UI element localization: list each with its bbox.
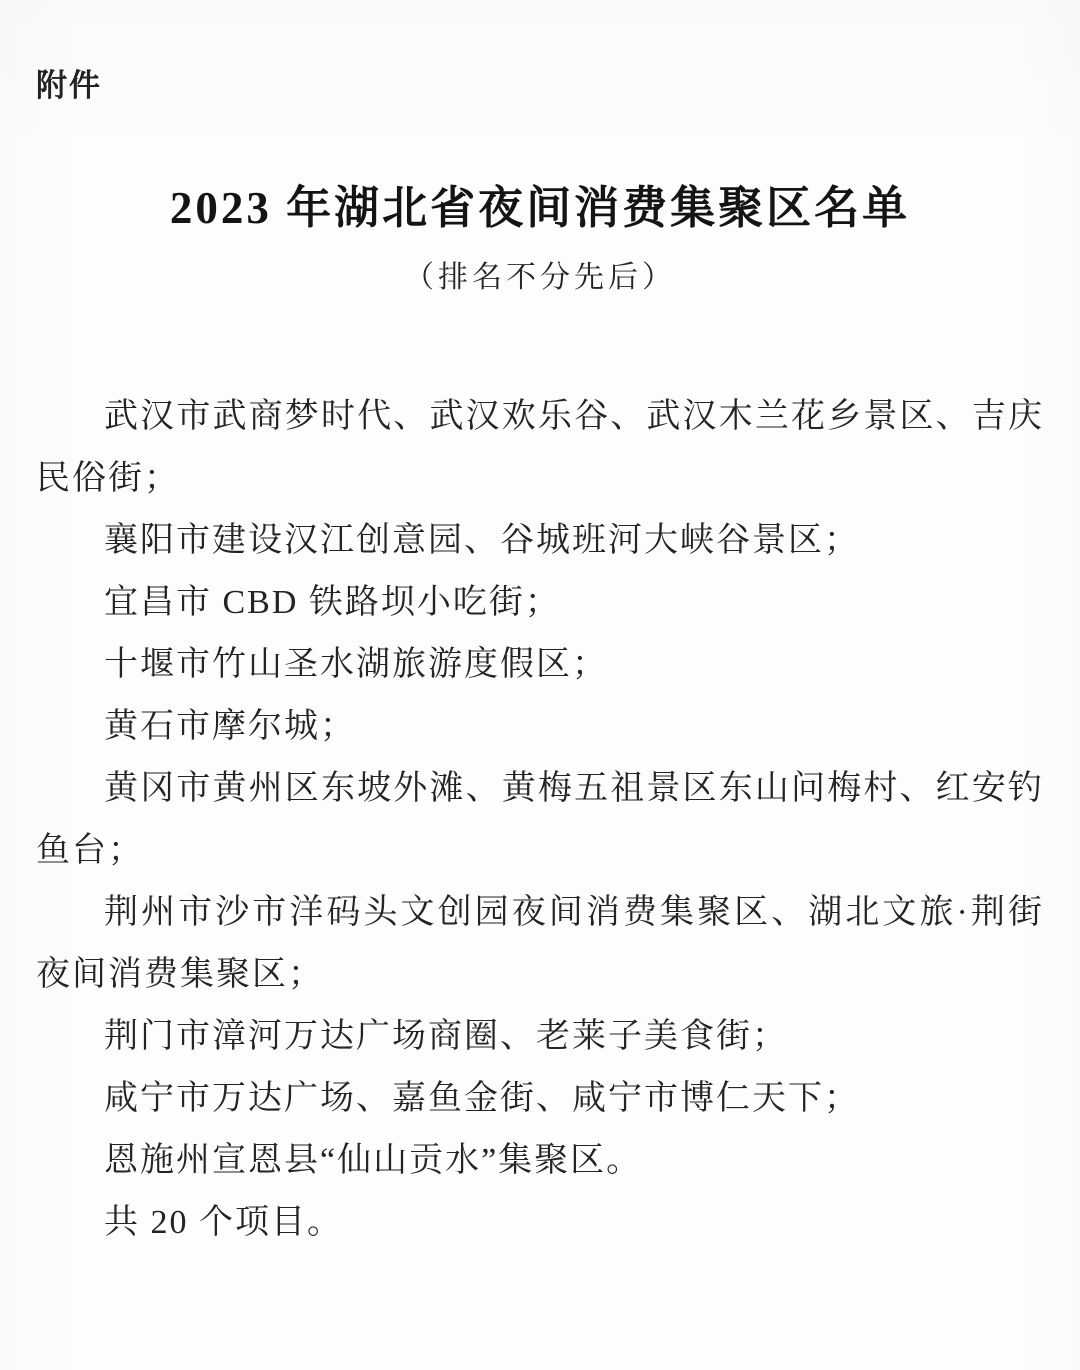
attachment-label: 附件 [36,0,1080,105]
body-paragraph: 共 20 个项目。 [36,1192,1044,1254]
body-paragraph: 襄阳市建设汉江创意园、谷城班河大峡谷景区； [36,510,1044,572]
body-paragraph: 荆门市漳河万达广场商圈、老莱子美食街； [36,1006,1044,1068]
body-paragraph: 荆州市沙市洋码头文创园夜间消费集聚区、湖北文旅·荆街夜间消费集聚区； [36,882,1044,1006]
body-paragraph: 黄冈市黄州区东坡外滩、黄梅五祖景区东山问梅村、红安钓鱼台； [36,758,1044,882]
body-paragraph: 咸宁市万达广场、嘉鱼金街、咸宁市博仁天下； [36,1068,1044,1130]
body-paragraph: 宜昌市 CBD 铁路坝小吃街； [36,572,1044,634]
document-page: 附件 2023 年湖北省夜间消费集聚区名单 （排名不分先后） 武汉市武商梦时代、… [0,0,1080,1370]
document-subtitle: （排名不分先后） [0,252,1080,296]
document-body: 武汉市武商梦时代、武汉欢乐谷、武汉木兰花乡景区、吉庆民俗街； 襄阳市建设汉江创意… [0,386,1080,1254]
body-paragraph: 武汉市武商梦时代、武汉欢乐谷、武汉木兰花乡景区、吉庆民俗街； [36,386,1044,510]
document-title: 2023 年湖北省夜间消费集聚区名单 [0,171,1080,236]
body-paragraph: 十堰市竹山圣水湖旅游度假区； [36,634,1044,696]
body-paragraph: 黄石市摩尔城； [36,696,1044,758]
body-paragraph: 恩施州宣恩县“仙山贡水”集聚区。 [36,1130,1044,1192]
